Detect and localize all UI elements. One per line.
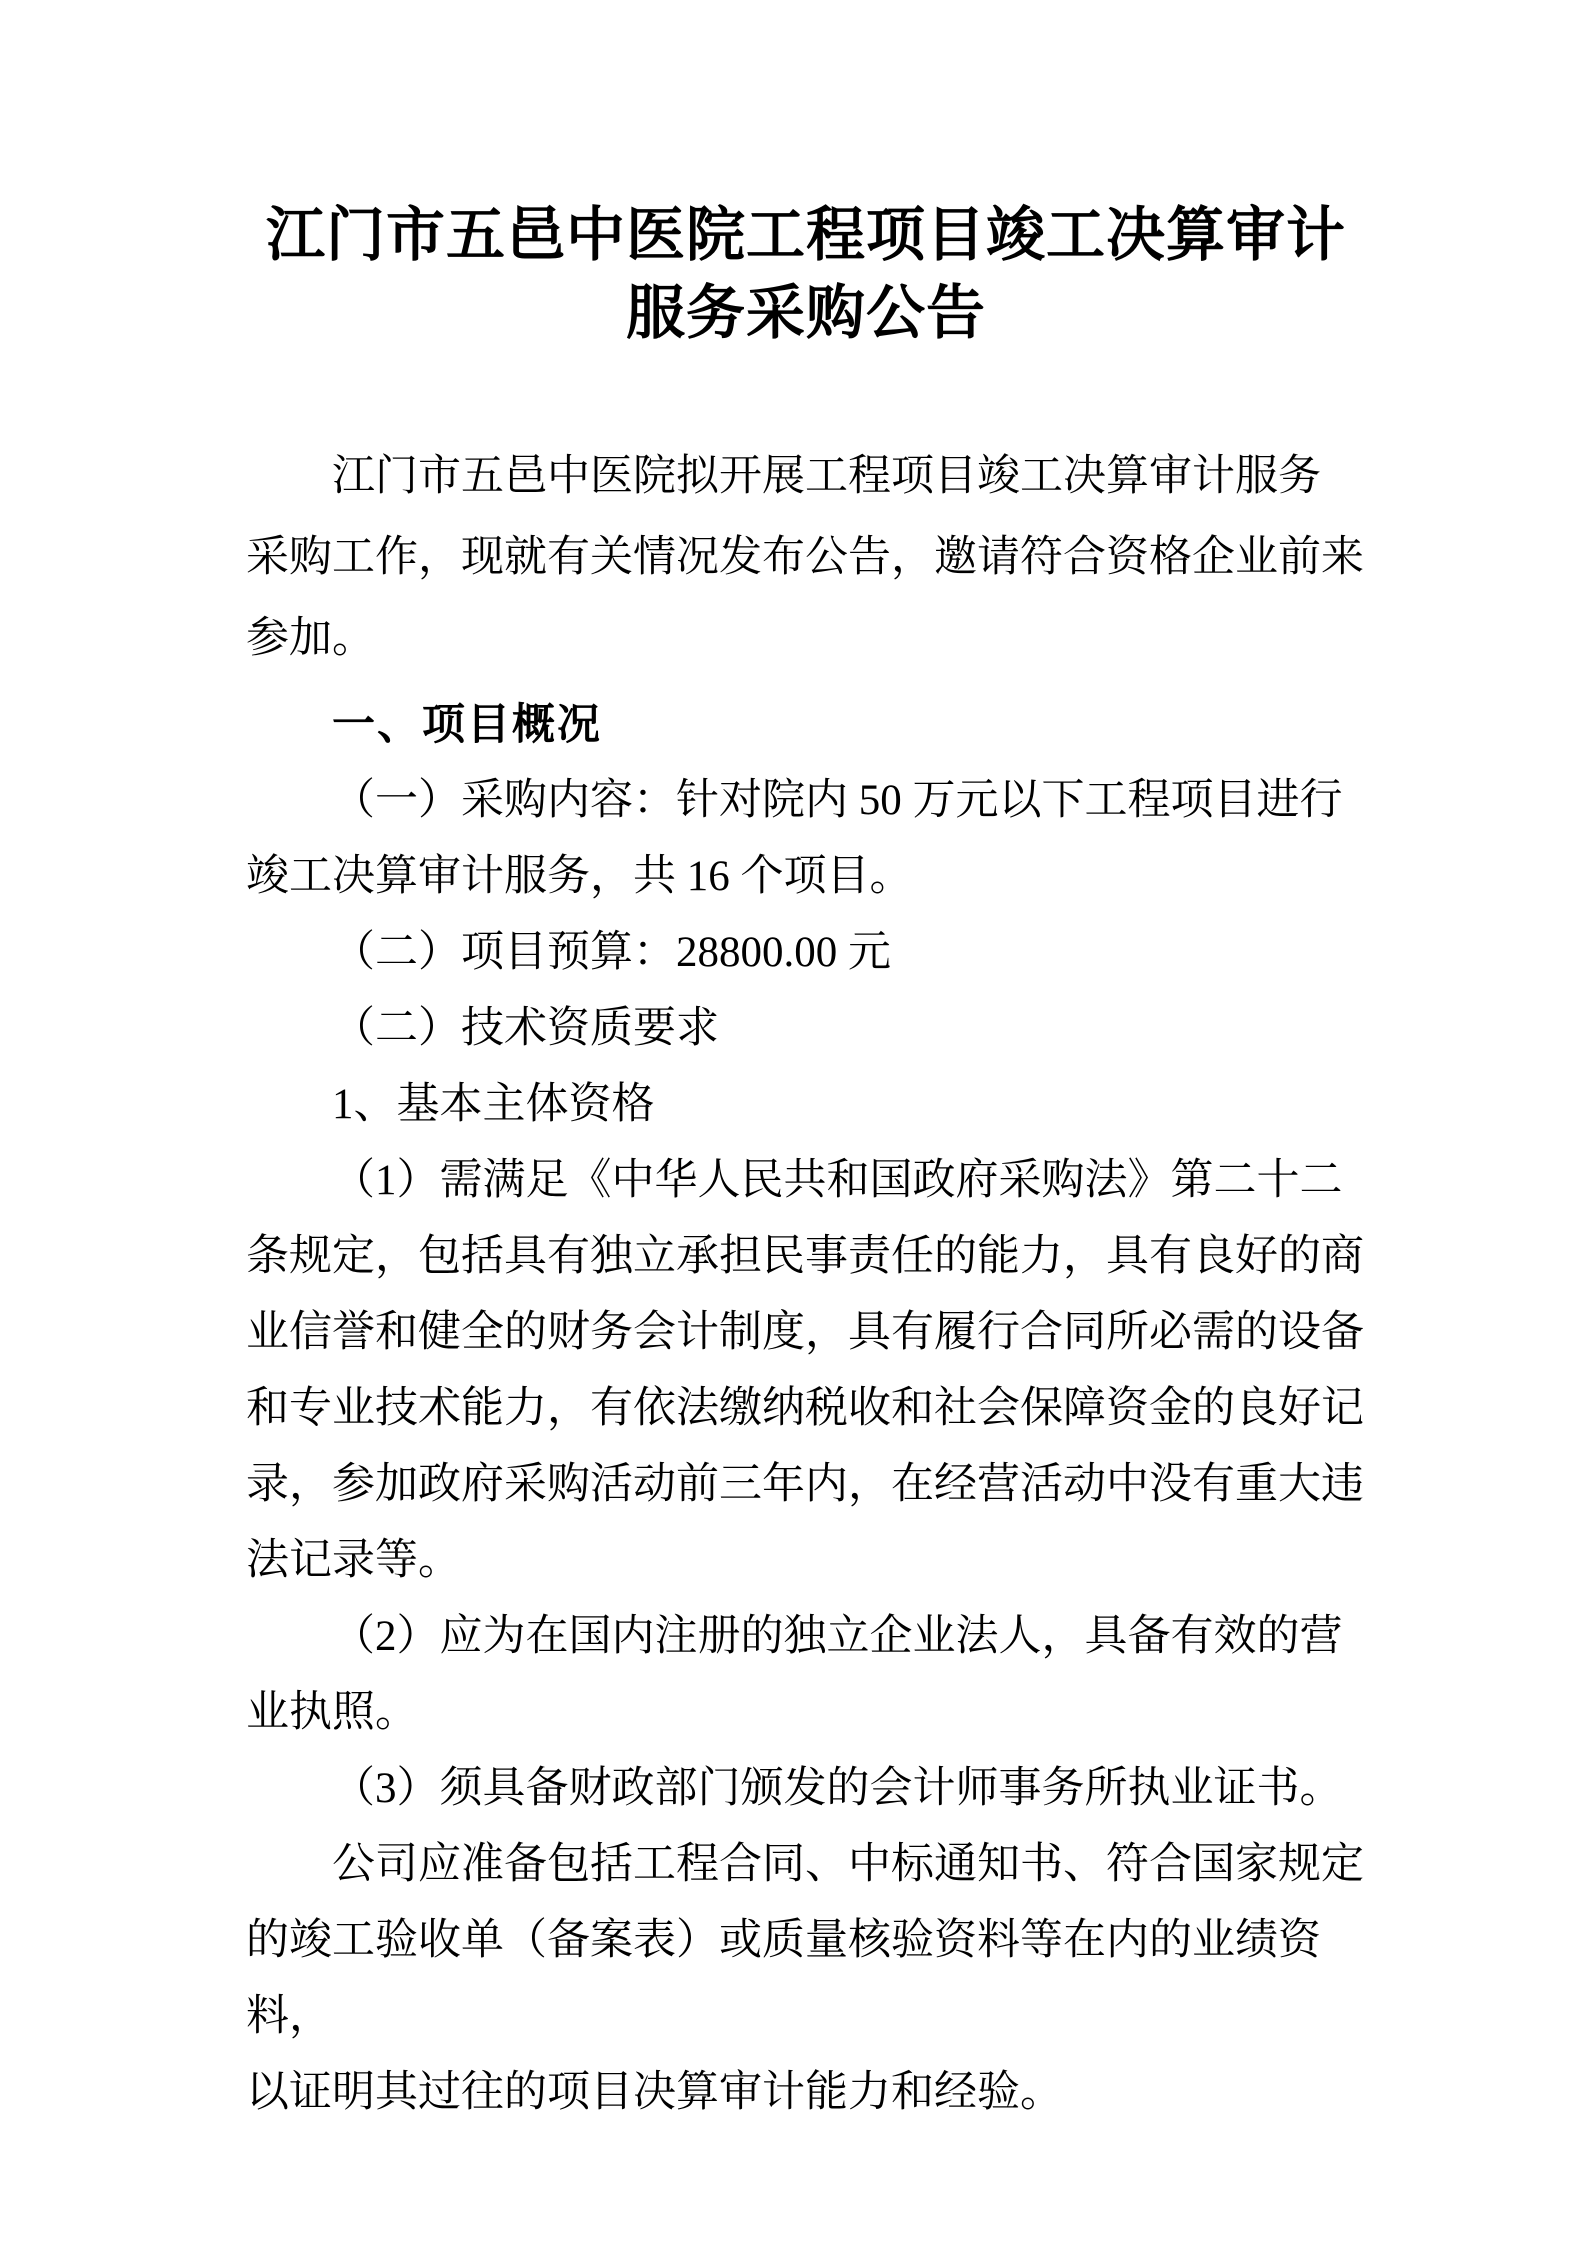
body-line: 采购工作，现就有关情况发布公告，邀请符合资格企业前来 bbox=[246, 517, 1366, 598]
body-line: 业信誉和健全的财务会计制度，具有履行合同所必需的设备 bbox=[246, 1295, 1366, 1371]
body-line: 参加。 bbox=[246, 598, 1366, 679]
body-line: 法记录等。 bbox=[246, 1523, 1366, 1599]
document-content: 江门市五邑中医院工程项目竣工决算审计 服务采购公告 江门市五邑中医院拟开展工程项… bbox=[246, 196, 1366, 2131]
body-line: 和专业技术能力，有依法缴纳税收和社会保障资金的良好记 bbox=[246, 1371, 1366, 1447]
body-line: 公司应准备包括工程合同、中标通知书、符合国家规定 bbox=[246, 1827, 1366, 1903]
body-line: 录，参加政府采购活动前三年内，在经营活动中没有重大违 bbox=[246, 1447, 1366, 1523]
body-line: 条规定，包括具有独立承担民事责任的能力，具有良好的商 bbox=[246, 1219, 1366, 1295]
document-body: 江门市五邑中医院拟开展工程项目竣工决算审计服务 采购工作，现就有关情况发布公告，… bbox=[246, 436, 1366, 2131]
body-line: （二）技术资质要求 bbox=[246, 991, 1366, 1067]
body-line: 江门市五邑中医院拟开展工程项目竣工决算审计服务 bbox=[246, 436, 1366, 517]
body-line: （1）需满足《中华人民共和国政府采购法》第二十二 bbox=[246, 1143, 1366, 1219]
document-title-line-2: 服务采购公告 bbox=[246, 274, 1366, 352]
body-line: （一）采购内容：针对院内 50 万元以下工程项目进行 bbox=[246, 763, 1366, 839]
body-line: 的竣工验收单（备案表）或质量核验资料等在内的业绩资料， bbox=[246, 1903, 1366, 2055]
body-line: （二）项目预算：28800.00 元 bbox=[246, 915, 1366, 991]
body-line: 1、基本主体资格 bbox=[246, 1067, 1366, 1143]
body-line: 业执照。 bbox=[246, 1675, 1366, 1751]
document-page: 江门市五邑中医院工程项目竣工决算审计 服务采购公告 江门市五邑中医院拟开展工程项… bbox=[0, 0, 1587, 2245]
body-line: （3）须具备财政部门颁发的会计师事务所执业证书。 bbox=[246, 1751, 1366, 1827]
body-line: 竣工决算审计服务，共 16 个项目。 bbox=[246, 839, 1366, 915]
section-heading-project-overview: 一、项目概况 bbox=[246, 687, 1366, 763]
document-title: 江门市五邑中医院工程项目竣工决算审计 服务采购公告 bbox=[246, 196, 1366, 352]
body-line: 以证明其过往的项目决算审计能力和经验。 bbox=[246, 2055, 1366, 2131]
body-line: （2）应为在国内注册的独立企业法人，具备有效的营 bbox=[246, 1599, 1366, 1675]
document-title-line-1: 江门市五邑中医院工程项目竣工决算审计 bbox=[246, 196, 1366, 274]
